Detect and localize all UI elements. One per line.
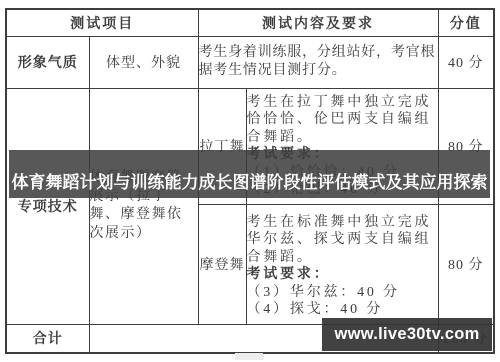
modern-req-1: （3）华尔兹：40 分 (247, 284, 438, 302)
page: 测试项目 测试内容及要求 分值 形象气质 体型、外貌 考生身着训练服，分组站好，… (0, 0, 500, 362)
appearance-category-cell: 形象气质 (6, 36, 89, 88)
modern-req-label: 考试要求： (247, 266, 438, 284)
modern-req-2: （4）探戈：40 分 (247, 301, 438, 319)
watermark-text: www.live30tv.com (334, 325, 479, 344)
appearance-score-cell: 40 分 (438, 36, 494, 88)
total-label-cell: 合计 (6, 324, 89, 353)
col-header-content: 测试内容及要求 (198, 9, 438, 36)
appearance-row: 形象气质 体型、外貌 考生身着训练服，分组站好，考官根据考生情况目测打分。 40… (6, 36, 494, 88)
col-header-score: 分值 (438, 9, 494, 36)
overlay-title-banner: 体育舞蹈计划与训练能力成长图谱阶段性评估模式及其应用探索 (9, 150, 490, 198)
header-row: 测试项目 测试内容及要求 分值 (6, 9, 494, 36)
modern-score-cell: 80 分 (438, 204, 494, 324)
modern-desc: 考生在标准舞中独立完成华尔兹、探戈两支自编组合舞蹈。 (247, 214, 438, 267)
appearance-content-cell: 考生身着训练服，分组站好，考官根据考生情况目测打分。 (198, 36, 438, 88)
modern-content-cell: 考生在标准舞中独立完成华尔兹、探戈两支自编组合舞蹈。 考试要求： （3）华尔兹：… (246, 204, 438, 324)
appearance-sub-cell: 体型、外貌 (89, 36, 198, 88)
col-header-test-item: 测试项目 (6, 9, 198, 36)
technique-sub-cell: 体育舞蹈套路展示（拉丁舞、摩登舞依次展示） (89, 88, 198, 324)
modern-name-cell: 摩登舞 (198, 204, 246, 324)
scrollbar-fragment (235, 353, 263, 360)
technique-category-cell: 专项技术 (6, 88, 89, 324)
watermark-badge: www.live30tv.com (322, 318, 492, 351)
latin-desc: 考生在拉丁舞中独立完成恰恰恰、伦巴两支自编组合舞蹈。 (247, 94, 438, 147)
overlay-title-text: 体育舞蹈计划与训练能力成长图谱阶段性评估模式及其应用探索 (12, 168, 488, 193)
